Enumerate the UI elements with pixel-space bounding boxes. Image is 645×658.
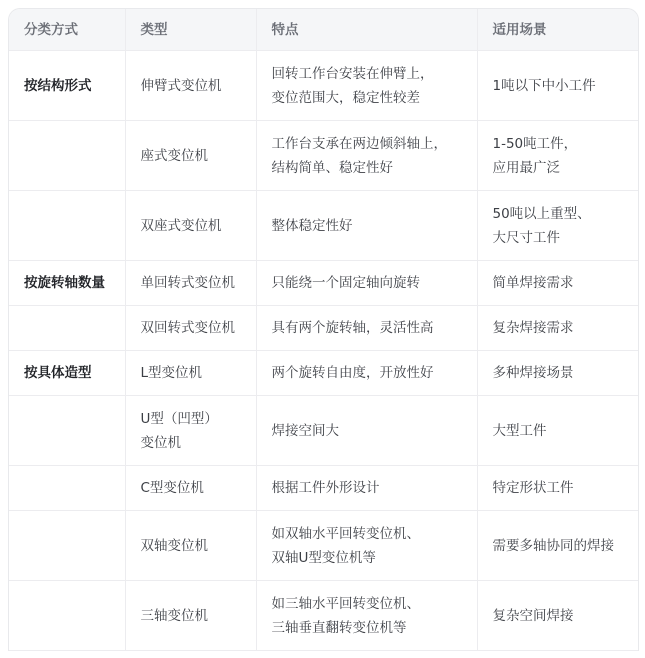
cell-scenario-line: 大尺寸工件	[493, 226, 624, 250]
cell-features: 工作台支承在两边倾斜轴上，结构简单、稳定性好	[256, 121, 477, 191]
cell-features-line: 结构简单、稳定性好	[272, 156, 462, 180]
header-type: 类型	[125, 9, 256, 51]
cell-features-line: 三轴垂直翻转变位机等	[272, 616, 462, 640]
cell-type-line: 变位机	[141, 431, 241, 455]
cell-features: 如双轴水平回转变位机、双轴U型变位机等	[256, 511, 477, 581]
cell-scenario-line: 应用最广泛	[493, 156, 624, 180]
cell-scenario-line: 50吨以上重型、	[493, 202, 624, 226]
cell-category	[9, 466, 125, 511]
table-row: 按结构形式伸臂式变位机回转工作台安装在伸臂上，变位范围大，稳定性较差1吨以下中小…	[9, 51, 638, 121]
header-row: 分类方式 类型 特点 适用场景	[9, 9, 638, 51]
cell-features-line: 根据工件外形设计	[272, 476, 462, 500]
cell-features-line: 只能绕一个固定轴向旋转	[272, 271, 462, 295]
cell-features: 两个旋转自由度，开放性好	[256, 351, 477, 396]
cell-features-line: 整体稳定性好	[272, 214, 462, 238]
cell-type-line: 双座式变位机	[141, 214, 241, 238]
cell-scenario-line: 大型工件	[493, 419, 624, 443]
cell-scenario-line: 特定形状工件	[493, 476, 624, 500]
cell-category: 按旋转轴数量	[9, 261, 125, 306]
cell-scenario: 特定形状工件	[477, 466, 638, 511]
cell-type: 双轴变位机	[125, 511, 256, 581]
cell-features: 具有两个旋转轴，灵活性高	[256, 306, 477, 351]
header-applicable-scenario: 适用场景	[477, 9, 638, 51]
cell-features: 整体稳定性好	[256, 191, 477, 261]
cell-scenario: 大型工件	[477, 396, 638, 466]
cell-type-line: L型变位机	[141, 361, 241, 385]
cell-category: 按具体造型	[9, 351, 125, 396]
cell-features-line: 工作台支承在两边倾斜轴上，	[272, 132, 462, 156]
table-row: 按旋转轴数量单回转式变位机只能绕一个固定轴向旋转简单焊接需求	[9, 261, 638, 306]
cell-category	[9, 396, 125, 466]
cell-scenario: 复杂焊接需求	[477, 306, 638, 351]
table-row: 座式变位机工作台支承在两边倾斜轴上，结构简单、稳定性好1-50吨工件，应用最广泛	[9, 121, 638, 191]
cell-type-line: 双轴变位机	[141, 534, 241, 558]
cell-category	[9, 191, 125, 261]
cell-features: 如三轴水平回转变位机、三轴垂直翻转变位机等	[256, 581, 477, 651]
cell-type-line: 单回转式变位机	[141, 271, 241, 295]
cell-type-line: C型变位机	[141, 476, 241, 500]
cell-scenario: 多种焊接场景	[477, 351, 638, 396]
cell-features-line: 具有两个旋转轴，灵活性高	[272, 316, 462, 340]
cell-category	[9, 121, 125, 191]
cell-scenario: 1-50吨工件，应用最广泛	[477, 121, 638, 191]
positioner-classification-table-container: 分类方式 类型 特点 适用场景 按结构形式伸臂式变位机回转工作台安装在伸臂上，变…	[8, 8, 639, 651]
cell-type: 双回转式变位机	[125, 306, 256, 351]
table-row: U型（凹型）变位机焊接空间大大型工件	[9, 396, 638, 466]
table-row: 双座式变位机整体稳定性好50吨以上重型、大尺寸工件	[9, 191, 638, 261]
cell-features-line: 如三轴水平回转变位机、	[272, 592, 462, 616]
table-row: 按具体造型L型变位机两个旋转自由度，开放性好多种焊接场景	[9, 351, 638, 396]
table-row: C型变位机根据工件外形设计特定形状工件	[9, 466, 638, 511]
cell-category	[9, 581, 125, 651]
cell-scenario: 1吨以下中小工件	[477, 51, 638, 121]
cell-type: 双座式变位机	[125, 191, 256, 261]
table-row: 双回转式变位机具有两个旋转轴，灵活性高复杂焊接需求	[9, 306, 638, 351]
cell-category: 按结构形式	[9, 51, 125, 121]
cell-features: 焊接空间大	[256, 396, 477, 466]
cell-type-line: U型（凹型）	[141, 407, 241, 431]
cell-scenario-line: 多种焊接场景	[493, 361, 624, 385]
table-body: 按结构形式伸臂式变位机回转工作台安装在伸臂上，变位范围大，稳定性较差1吨以下中小…	[9, 51, 638, 651]
cell-type: L型变位机	[125, 351, 256, 396]
cell-features: 根据工件外形设计	[256, 466, 477, 511]
cell-type-line: 双回转式变位机	[141, 316, 241, 340]
header-features: 特点	[256, 9, 477, 51]
table-row: 三轴变位机如三轴水平回转变位机、三轴垂直翻转变位机等复杂空间焊接	[9, 581, 638, 651]
cell-scenario-line: 简单焊接需求	[493, 271, 624, 295]
cell-type-line: 伸臂式变位机	[141, 74, 241, 98]
cell-category	[9, 306, 125, 351]
cell-type: U型（凹型）变位机	[125, 396, 256, 466]
cell-type: 单回转式变位机	[125, 261, 256, 306]
cell-category	[9, 511, 125, 581]
cell-scenario-line: 需要多轴协同的焊接	[493, 534, 624, 558]
table-row: 双轴变位机如双轴水平回转变位机、双轴U型变位机等需要多轴协同的焊接	[9, 511, 638, 581]
cell-scenario-line: 1吨以下中小工件	[493, 74, 624, 98]
cell-type: 座式变位机	[125, 121, 256, 191]
table-header: 分类方式 类型 特点 适用场景	[9, 9, 638, 51]
cell-features-line: 焊接空间大	[272, 419, 462, 443]
positioner-classification-table: 分类方式 类型 特点 适用场景 按结构形式伸臂式变位机回转工作台安装在伸臂上，变…	[9, 9, 638, 651]
cell-features-line: 如双轴水平回转变位机、	[272, 522, 462, 546]
cell-features-line: 变位范围大，稳定性较差	[272, 86, 462, 110]
cell-type: 伸臂式变位机	[125, 51, 256, 121]
cell-scenario: 复杂空间焊接	[477, 581, 638, 651]
cell-features: 回转工作台安装在伸臂上，变位范围大，稳定性较差	[256, 51, 477, 121]
cell-features-line: 两个旋转自由度，开放性好	[272, 361, 462, 385]
cell-scenario: 需要多轴协同的焊接	[477, 511, 638, 581]
cell-features-line: 回转工作台安装在伸臂上，	[272, 62, 462, 86]
cell-features: 只能绕一个固定轴向旋转	[256, 261, 477, 306]
cell-scenario-line: 1-50吨工件，	[493, 132, 624, 156]
cell-scenario-line: 复杂空间焊接	[493, 604, 624, 628]
cell-scenario: 简单焊接需求	[477, 261, 638, 306]
cell-type: 三轴变位机	[125, 581, 256, 651]
cell-scenario: 50吨以上重型、大尺寸工件	[477, 191, 638, 261]
cell-scenario-line: 复杂焊接需求	[493, 316, 624, 340]
cell-type-line: 座式变位机	[141, 144, 241, 168]
cell-type: C型变位机	[125, 466, 256, 511]
cell-features-line: 双轴U型变位机等	[272, 546, 462, 570]
header-classification-method: 分类方式	[9, 9, 125, 51]
cell-type-line: 三轴变位机	[141, 604, 241, 628]
